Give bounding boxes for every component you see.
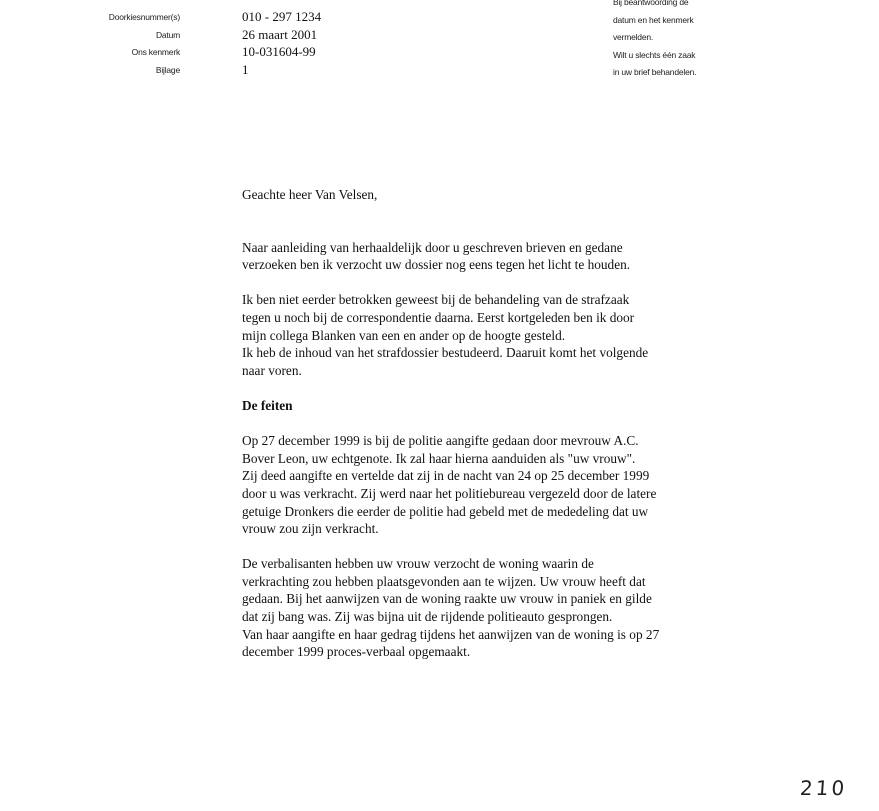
paragraph-intro: Naar aanleiding van herhaaldelijk door u… xyxy=(242,239,802,274)
text-line: Ik heb de inhoud van het strafdossier be… xyxy=(242,344,802,362)
meta-label-phone: Doorkiesnummer(s) xyxy=(40,9,180,27)
side-note-line: Wilt u slechts één zaak xyxy=(613,47,773,65)
text-line: tegen u noch bij de correspondentie daar… xyxy=(242,309,802,327)
meta-labels: Doorkiesnummer(s) Datum Ons kenmerk Bijl… xyxy=(40,9,180,79)
text-line: Naar aanleiding van herhaaldelijk door u… xyxy=(242,239,802,257)
side-note-line: in uw brief behandelen. xyxy=(613,64,773,82)
meta-value-date: 26 maart 2001 xyxy=(242,26,442,44)
text-line: De verbalisanten hebben uw vrouw verzoch… xyxy=(242,555,802,573)
section-heading: De feiten xyxy=(242,397,802,415)
text-line: door u was verkracht. Zij werd naar het … xyxy=(242,485,802,503)
meta-values: 010 - 297 1234 26 maart 2001 10-031604-9… xyxy=(242,8,442,78)
text-line: Bover Leon, uw echtgenote. Ik zal haar h… xyxy=(242,450,802,468)
side-note-line: vermelden. xyxy=(613,29,773,47)
meta-label-date: Datum xyxy=(40,27,180,45)
handwritten-page-number: 210 xyxy=(799,776,848,800)
side-note-line: datum en het kenmerk xyxy=(613,12,773,30)
text-line: dat zij bang was. Zij was bijna uit de r… xyxy=(242,608,802,626)
text-line: Zij deed aangifte en vertelde dat zij in… xyxy=(242,467,802,485)
meta-label-attachment: Bijlage xyxy=(40,62,180,80)
text-line: getuige Dronkers die eerder de politie h… xyxy=(242,503,802,521)
text-line: december 1999 proces-verbaal opgemaakt. xyxy=(242,643,802,661)
meta-label-reference: Ons kenmerk xyxy=(40,44,180,62)
text-line: Op 27 december 1999 is bij de politie aa… xyxy=(242,432,802,450)
text-line: gedaan. Bij het aanwijzen van de woning … xyxy=(242,590,802,608)
meta-value-phone: 010 - 297 1234 xyxy=(242,8,442,26)
letter-body: Geachte heer Van Velsen, Naar aanleiding… xyxy=(242,186,802,678)
text-line: naar voren. xyxy=(242,362,802,380)
paragraph-facts-1: Op 27 december 1999 is bij de politie aa… xyxy=(242,432,802,538)
paragraph-facts-2: De verbalisanten hebben uw vrouw verzoch… xyxy=(242,555,802,661)
side-note-line: Bij beantwoording de xyxy=(613,0,773,12)
text-line: Ik ben niet eerder betrokken geweest bij… xyxy=(242,291,802,309)
text-line: verzoeken ben ik verzocht uw dossier nog… xyxy=(242,256,802,274)
paragraph-context: Ik ben niet eerder betrokken geweest bij… xyxy=(242,291,802,379)
meta-value-attachment: 1 xyxy=(242,61,442,79)
text-line: vrouw zou zijn verkracht. xyxy=(242,520,802,538)
salutation: Geachte heer Van Velsen, xyxy=(242,186,802,204)
text-line: mijn collega Blanken van een en ander op… xyxy=(242,327,802,345)
text-line: verkrachting zou hebben plaatsgevonden a… xyxy=(242,573,802,591)
reply-instructions: Bij beantwoording de datum en het kenmer… xyxy=(613,0,773,82)
meta-value-reference: 10-031604-99 xyxy=(242,43,442,61)
text-line: Van haar aangifte en haar gedrag tijdens… xyxy=(242,626,802,644)
letter-page: Doorkiesnummer(s) Datum Ons kenmerk Bijl… xyxy=(0,0,879,811)
